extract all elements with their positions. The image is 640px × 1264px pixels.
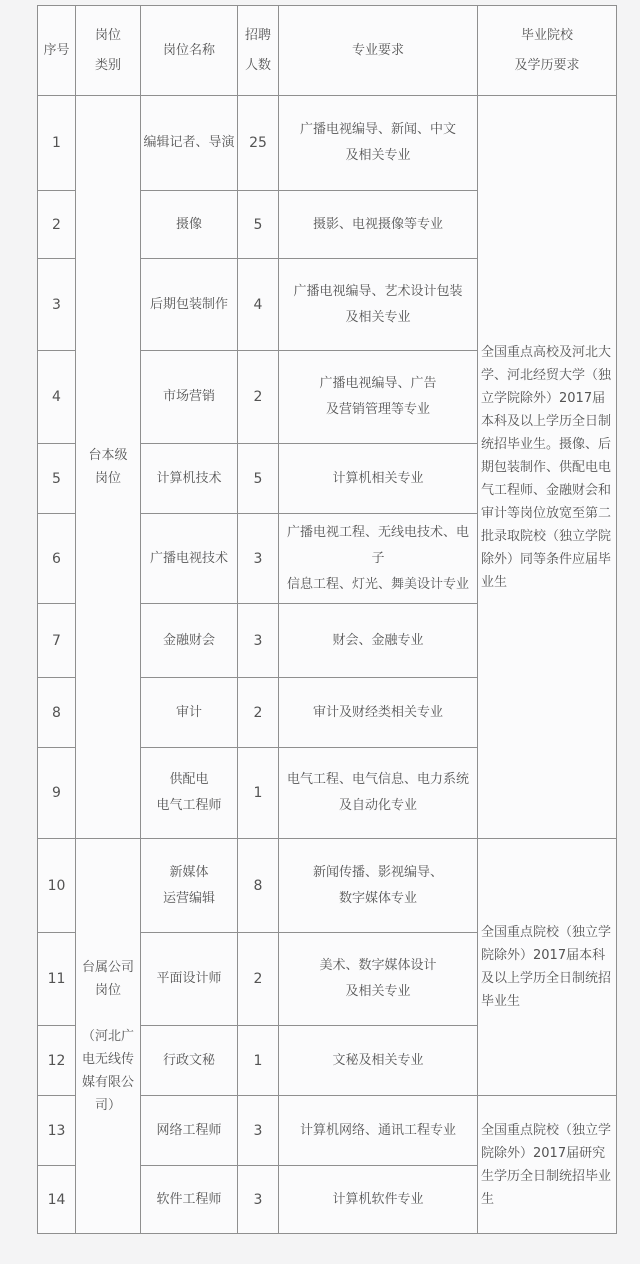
requirement-cell: 全国重点高校及河北大学、河北经贸大学（独立学院除外）2017届本科及以上学历全日…: [478, 96, 617, 839]
header-position: 岗位名称: [141, 6, 238, 96]
serial-cell: 6: [38, 514, 76, 604]
major-cell: 文秘及相关专业: [279, 1026, 478, 1096]
major-cell: 财会、金融专业: [279, 604, 478, 678]
serial-cell: 8: [38, 678, 76, 748]
position-cell: 计算机技术: [141, 444, 238, 514]
header-requirement: 毕业院校 及学历要求: [478, 6, 617, 96]
header-serial: 序号: [38, 6, 76, 96]
major-cell: 计算机网络、通讯工程专业: [279, 1096, 478, 1166]
serial-cell: 5: [38, 444, 76, 514]
serial-cell: 10: [38, 839, 76, 933]
count-cell: 25: [238, 96, 279, 191]
count-cell: 3: [238, 514, 279, 604]
major-cell: 审计及财经类相关专业: [279, 678, 478, 748]
count-cell: 4: [238, 259, 279, 351]
count-cell: 5: [238, 191, 279, 259]
count-cell: 2: [238, 351, 279, 444]
serial-cell: 12: [38, 1026, 76, 1096]
position-cell: 广播电视技术: [141, 514, 238, 604]
serial-cell: 9: [38, 748, 76, 839]
major-cell: 广播电视编导、艺术设计包装 及相关专业: [279, 259, 478, 351]
position-cell: 市场营销: [141, 351, 238, 444]
major-cell: 新闻传播、影视编导、 数字媒体专业: [279, 839, 478, 933]
position-cell: 金融财会: [141, 604, 238, 678]
serial-cell: 13: [38, 1096, 76, 1166]
requirement-cell: 全国重点院校（独立学院除外）2017届研究生学历全日制统招毕业生: [478, 1096, 617, 1234]
position-cell: 摄像: [141, 191, 238, 259]
table-row: 1台本级 岗位编辑记者、导演25广播电视编导、新闻、中文 及相关专业全国重点高校…: [38, 96, 617, 191]
position-cell: 行政文秘: [141, 1026, 238, 1096]
position-cell: 新媒体 运营编辑: [141, 839, 238, 933]
serial-cell: 2: [38, 191, 76, 259]
major-cell: 广播电视编导、新闻、中文 及相关专业: [279, 96, 478, 191]
count-cell: 2: [238, 678, 279, 748]
table-row: 10台属公司 岗位 （河北广 电无线传 媒有限公 司）新媒体 运营编辑8新闻传播…: [38, 839, 617, 933]
job-table-body: 1台本级 岗位编辑记者、导演25广播电视编导、新闻、中文 及相关专业全国重点高校…: [38, 96, 617, 1234]
position-cell: 编辑记者、导演: [141, 96, 238, 191]
header-count: 招聘 人数: [238, 6, 279, 96]
major-cell: 计算机相关专业: [279, 444, 478, 514]
count-cell: 5: [238, 444, 279, 514]
major-cell: 电气工程、电气信息、电力系统 及自动化专业: [279, 748, 478, 839]
requirement-cell: 全国重点院校（独立学院除外）2017届本科及以上学历全日制统招毕业生: [478, 839, 617, 1096]
recruitment-table-container: 序号 岗位 类别 岗位名称 招聘 人数 专业要求 毕业院校 及学历要求 1台本级…: [37, 5, 617, 1234]
major-cell: 美术、数字媒体设计 及相关专业: [279, 933, 478, 1026]
major-cell: 广播电视工程、无线电技术、电子 信息工程、灯光、舞美设计专业: [279, 514, 478, 604]
position-cell: 平面设计师: [141, 933, 238, 1026]
table-header-row: 序号 岗位 类别 岗位名称 招聘 人数 专业要求 毕业院校 及学历要求: [38, 6, 617, 96]
category-cell: 台属公司 岗位 （河北广 电无线传 媒有限公 司）: [76, 839, 141, 1234]
serial-cell: 1: [38, 96, 76, 191]
category-cell: 台本级 岗位: [76, 96, 141, 839]
count-cell: 2: [238, 933, 279, 1026]
position-cell: 供配电 电气工程师: [141, 748, 238, 839]
serial-cell: 11: [38, 933, 76, 1026]
major-cell: 摄影、电视摄像等专业: [279, 191, 478, 259]
position-cell: 审计: [141, 678, 238, 748]
recruitment-table: 序号 岗位 类别 岗位名称 招聘 人数 专业要求 毕业院校 及学历要求 1台本级…: [37, 5, 617, 1234]
serial-cell: 14: [38, 1166, 76, 1234]
count-cell: 3: [238, 604, 279, 678]
header-major: 专业要求: [279, 6, 478, 96]
header-category: 岗位 类别: [76, 6, 141, 96]
serial-cell: 3: [38, 259, 76, 351]
count-cell: 3: [238, 1166, 279, 1234]
position-cell: 软件工程师: [141, 1166, 238, 1234]
major-cell: 计算机软件专业: [279, 1166, 478, 1234]
serial-cell: 7: [38, 604, 76, 678]
count-cell: 8: [238, 839, 279, 933]
position-cell: 网络工程师: [141, 1096, 238, 1166]
count-cell: 1: [238, 1026, 279, 1096]
count-cell: 1: [238, 748, 279, 839]
count-cell: 3: [238, 1096, 279, 1166]
major-cell: 广播电视编导、广告 及营销管理等专业: [279, 351, 478, 444]
serial-cell: 4: [38, 351, 76, 444]
position-cell: 后期包装制作: [141, 259, 238, 351]
